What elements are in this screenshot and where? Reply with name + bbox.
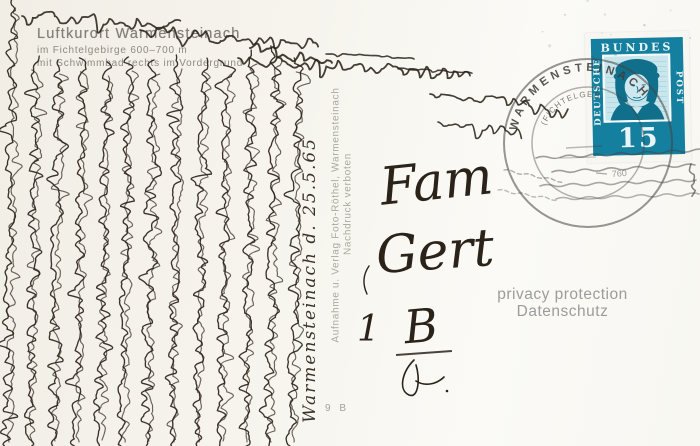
address-house-number: 1 (357, 312, 380, 348)
privacy-line2: Datenschutz (455, 303, 670, 320)
publisher-credit: Aufnahme u. Verlag Foto-Röthel, Warmenst… (331, 87, 342, 342)
stamp-frame: BUNDES DEUTSCHE POST (591, 37, 685, 156)
stamp-portrait-window (602, 53, 671, 122)
handwritten-dateline: Warmensteinach d. 25.5.65 (300, 137, 320, 423)
address-city-initial: B (402, 302, 440, 351)
stamp-portrait-icon (604, 55, 669, 120)
postage-stamp: BUNDES DEUTSCHE POST (585, 31, 692, 163)
address-line-name: Gert (374, 222, 495, 282)
address-line-fam: Fam (378, 150, 496, 214)
series-number: 9 B (325, 403, 349, 414)
stamp-denomination: 15 (593, 122, 686, 155)
postmark-code-number: 760 (611, 168, 627, 179)
caption-title: Luftkurort Warmensteinach (37, 26, 243, 42)
caption-description: mit Schwimmbad rechts im Vordergrund (37, 58, 243, 69)
stamp-text-right: POST (673, 65, 684, 111)
printed-caption: Luftkurort Warmensteinach im Fichtelgebi… (37, 26, 243, 69)
copyright-note: Nachdruck verboten (343, 153, 354, 255)
caption-subtitle: im Fichtelgebirge 600–700 m (37, 45, 243, 56)
privacy-watermark: privacy protection Datenschutz (455, 286, 670, 320)
privacy-line1: privacy protection (455, 286, 670, 303)
postcard-back: Luftkurort Warmensteinach im Fichtelgebi… (0, 0, 700, 446)
address-underline (396, 350, 452, 356)
